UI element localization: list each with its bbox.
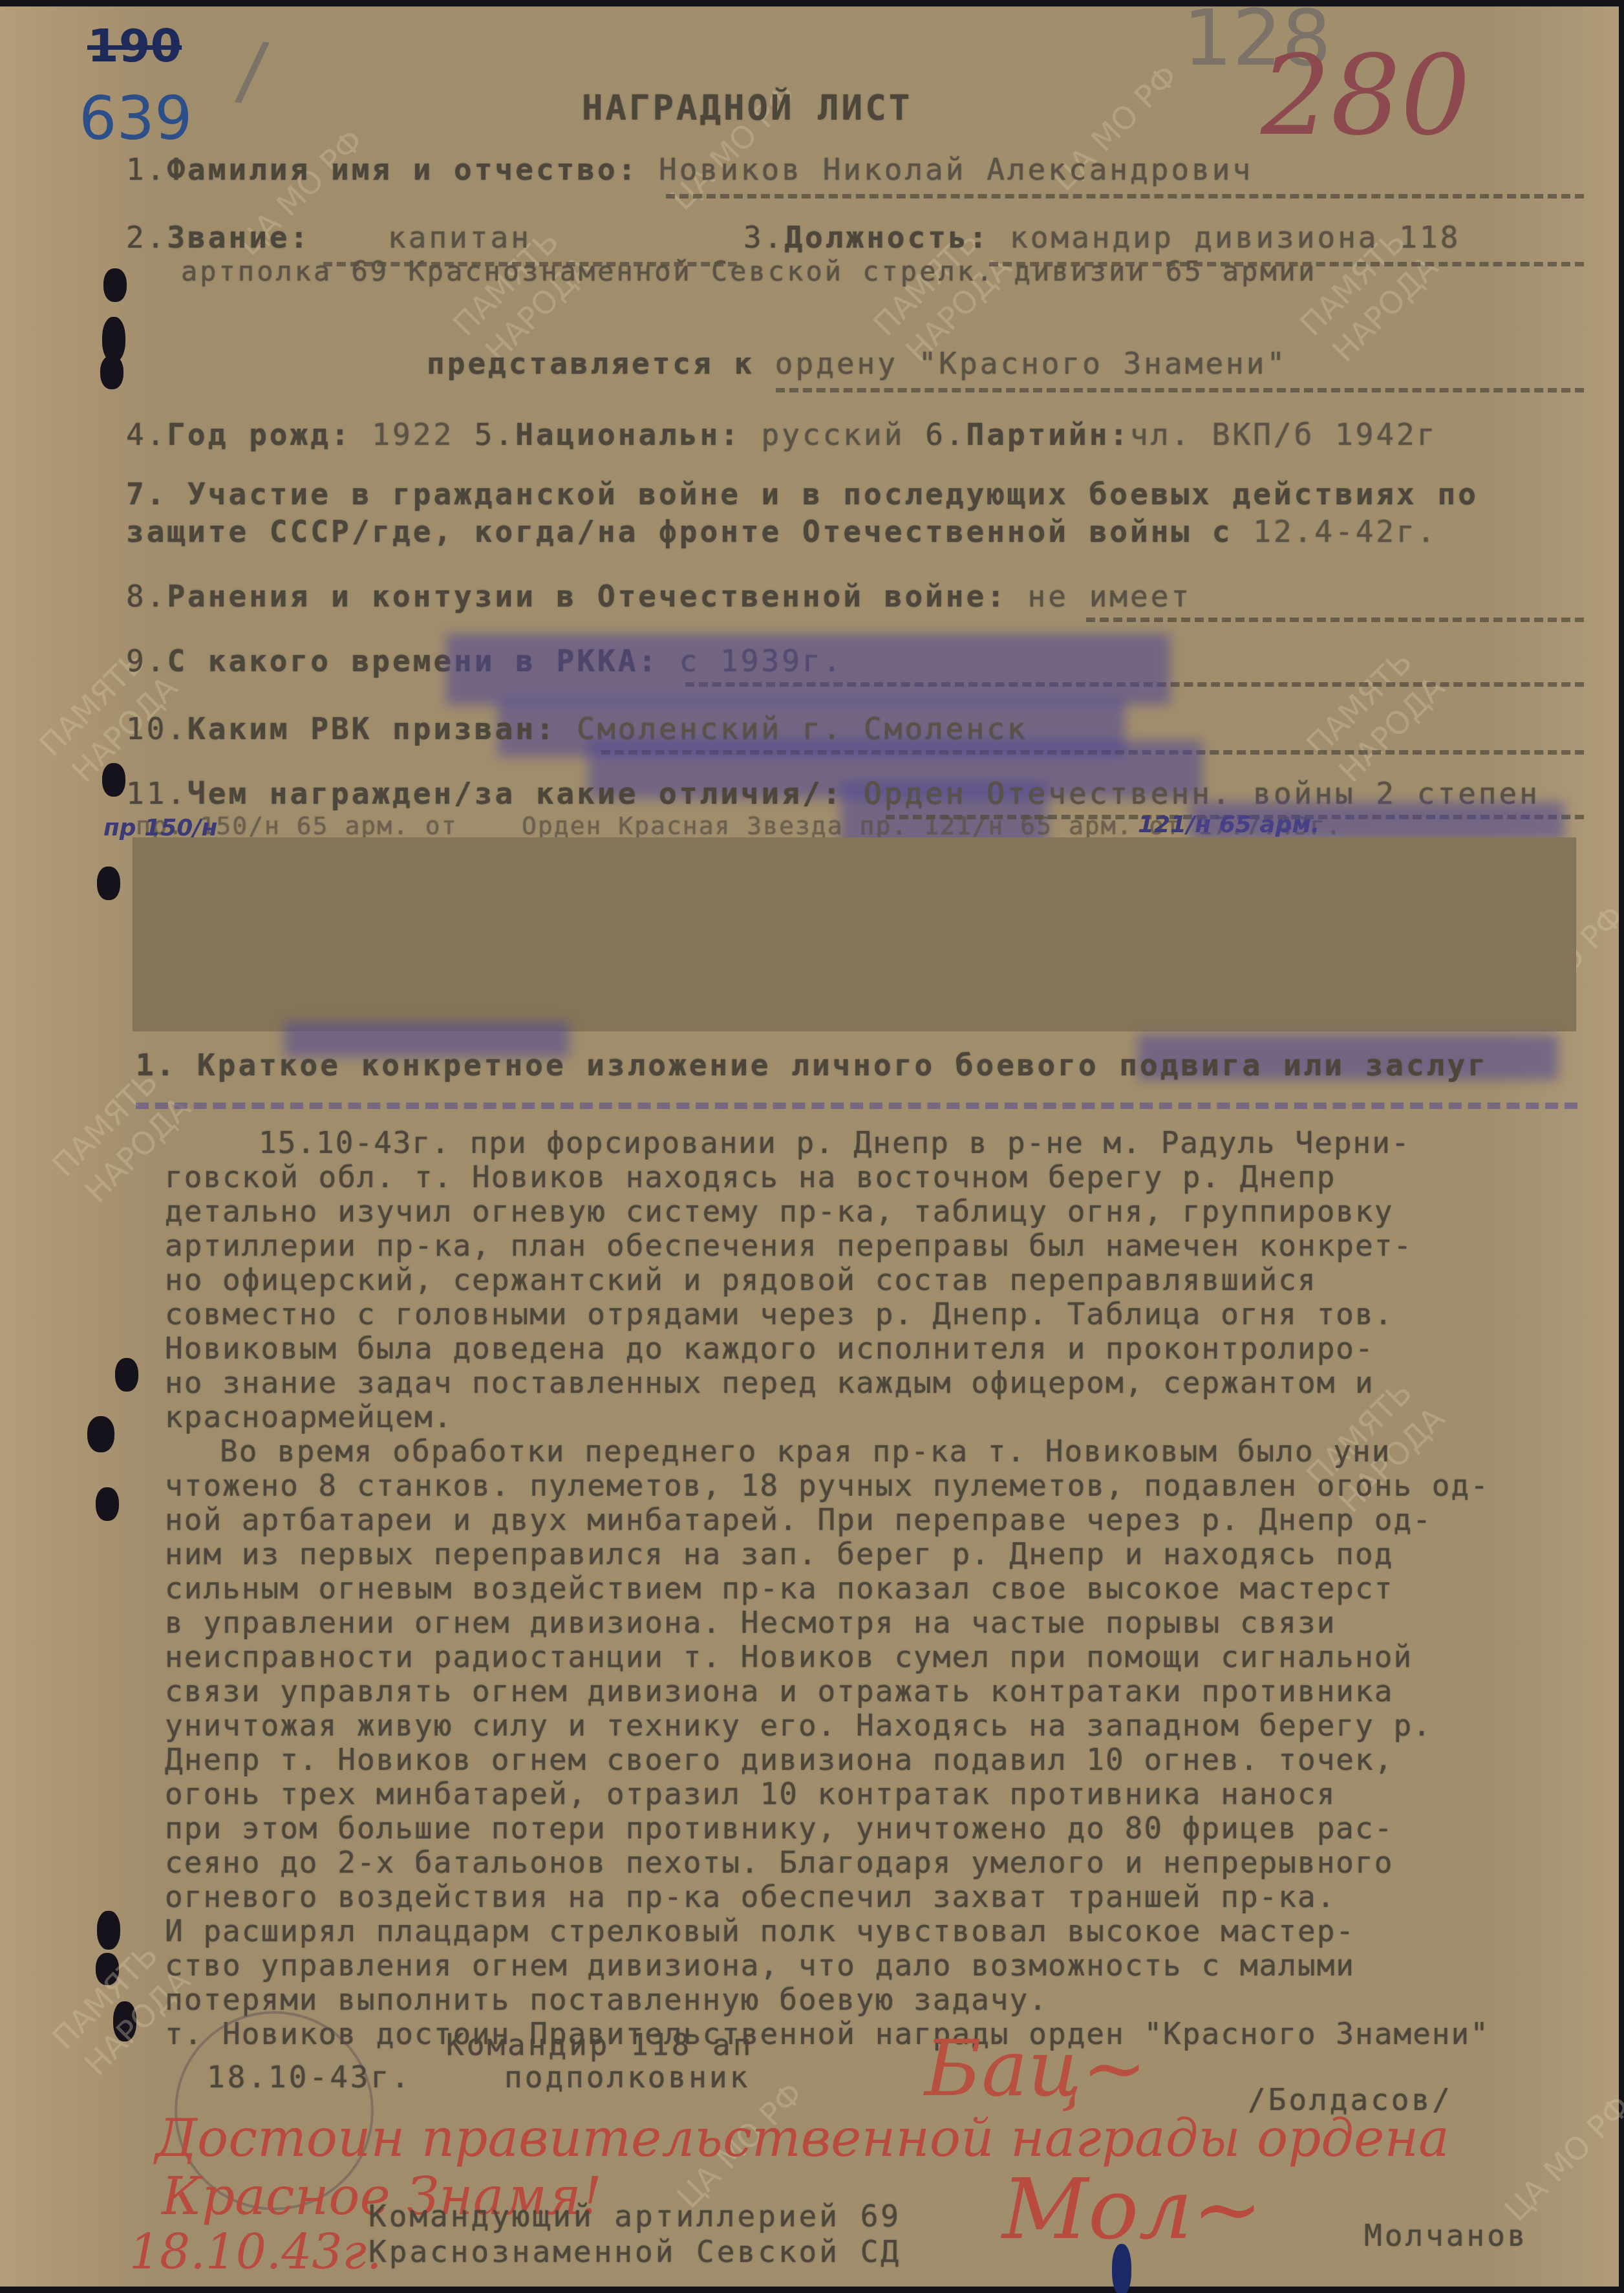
narrative-line: огонь трех минбатарей, отразил 10 контра… xyxy=(165,1776,1336,1811)
section-heading-underline xyxy=(136,1103,1577,1109)
nominated-for-underline xyxy=(776,388,1584,393)
field-7-number: 7. xyxy=(126,477,167,511)
punch-hole xyxy=(103,268,127,302)
archive-number-blue: 639 xyxy=(79,84,193,153)
field-1-value: Новиков Николай Александрович xyxy=(659,152,1253,187)
field-2-number: 2. xyxy=(126,220,167,255)
party-value: чл. ВКП/б 1942г xyxy=(1130,417,1437,452)
nominated-for-value: ордену "Красного Знамени" xyxy=(775,346,1287,381)
narrative-line: но знание задач поставленных перед кажды… xyxy=(165,1365,1374,1400)
field-10-number: 10. xyxy=(126,711,187,746)
field-1-label: Фамилия имя и отчество: xyxy=(167,152,638,187)
field-6-number: 6. xyxy=(925,417,966,452)
narrative-line: сильным огневым воздействием пр-ка показ… xyxy=(165,1571,1393,1606)
punch-hole xyxy=(96,1487,119,1521)
narrative-line: потерями выполнить поставленную боевую з… xyxy=(165,1982,1048,2017)
punch-hole xyxy=(115,1358,138,1392)
section-heading: 1. Краткое конкретное изложение личного … xyxy=(136,1048,1488,1082)
punch-hole xyxy=(97,1911,120,1950)
narrative-line: в управлении огнем дивизиона. Несмотря н… xyxy=(165,1605,1336,1640)
narrative-line: Новиковым была доведена до каждого испол… xyxy=(165,1331,1374,1366)
redacted-section xyxy=(133,837,1576,1031)
field-11-label: Чем награжден/за какие отличия/: xyxy=(187,776,843,811)
narrative-line: детально изучил огневую систему пр-ка, т… xyxy=(165,1194,1393,1229)
narrative-line: ной артбатареи и двух минбатарей. При пе… xyxy=(165,1502,1432,1537)
narrative-line: огневого воздействия на пр-ка обеспечил … xyxy=(165,1879,1336,1914)
narrative-line: ним из первых переправился на зап. берег… xyxy=(165,1536,1393,1571)
field-7-text: 7. Участие в гражданской войне и в после… xyxy=(126,475,1581,550)
field-8-underline xyxy=(1086,618,1584,622)
archive-number-red: 280 xyxy=(1261,32,1470,160)
field-1-row: 1.Фамилия имя и отчество: Новиков Никола… xyxy=(126,152,1253,187)
signature-1-rank: подполковник xyxy=(504,2060,750,2094)
field-1-number: 1. xyxy=(126,152,167,187)
signature-2-role-2: Краснознаменной Севской СД xyxy=(369,2234,901,2269)
field-8-value: не имеет xyxy=(1028,579,1192,614)
narrative-line: совместно с головными отрядами через р. … xyxy=(165,1297,1393,1331)
nominated-for-label: представляется к xyxy=(427,346,754,381)
narrative-line: уничтожая живую силу и технику его. Нахо… xyxy=(165,1708,1432,1743)
birth-year-value: 1922 xyxy=(372,417,454,452)
narrative-line: И расширял плацдарм стрелковый полк чувс… xyxy=(165,1913,1355,1948)
narrative-line: говской обл. т. Новиков находясь на вост… xyxy=(165,1159,1336,1194)
signature-1-handwritten: Бац~ xyxy=(924,2024,1147,2114)
narrative-line: 15.10-43г. при форсировании р. Днепр в р… xyxy=(259,1125,1411,1160)
nationality-value: русский xyxy=(762,417,905,452)
watermark-archive: ЦА МО РФ xyxy=(1498,2089,1624,2228)
field-8-label: Ранения и контузии в Отечественной войне… xyxy=(167,579,1007,614)
field-4-number: 4. xyxy=(126,417,167,452)
narrative-line: т. Новиков достоин Правительственной наг… xyxy=(165,2016,1490,2051)
document-title: НАГРАДНОЙ ЛИСТ xyxy=(582,87,912,128)
field-10-label: Каким РВК призван: xyxy=(187,711,557,746)
birth-nationality-party-row: 4.Год рожд: 1922 5.Национальн: русский 6… xyxy=(126,417,1438,452)
ink-smear xyxy=(446,634,1170,705)
field-1-underline xyxy=(666,194,1584,199)
field-3-value-continued: артполка 69 Краснознаменной Севской стре… xyxy=(181,255,1317,287)
signature-2-handwritten: Мол~ xyxy=(1002,2160,1263,2258)
ink-smear xyxy=(1190,802,1565,841)
field-11-number: 11. xyxy=(126,776,187,811)
narrative-line: Днепр т. Новиков огнем своего дивизиона … xyxy=(165,1742,1393,1777)
narrative-line: артиллерии пр-ка, план обеспечения переп… xyxy=(165,1228,1413,1263)
field-2-value: капитан xyxy=(388,220,531,255)
signature-1-role: Командир 118 ап xyxy=(446,2027,753,2062)
award-sheet-scan: ЦА МО РФ ЦА МО РФ ЦА МО РФ ЦА МО РФ ЦА М… xyxy=(0,0,1624,2293)
narrative-line: связи управлять огнем дивизиона и отража… xyxy=(165,1674,1393,1708)
narrative-line: но офицерский, сержантский и рядовой сос… xyxy=(165,1262,1317,1297)
narrative-line: ство управления огнем дивизиона, что дал… xyxy=(165,1948,1355,1983)
resolution-date: 18.10.43г. xyxy=(129,2224,381,2280)
signature-2-name: Молчанов xyxy=(1364,2218,1528,2253)
punch-hole xyxy=(97,867,120,900)
punch-hole xyxy=(100,356,123,389)
field-5-label: Национальн: xyxy=(515,417,741,452)
field-3-row: 3.Должность: командир дивизиона 118 xyxy=(743,220,1460,255)
punch-hole xyxy=(87,1416,114,1452)
crossed-out-number: 190 xyxy=(87,19,182,72)
field-6-label: Партийн: xyxy=(967,417,1131,452)
field-4-label: Год рожд: xyxy=(167,417,351,452)
field-2-label: Звание: xyxy=(167,220,310,255)
field-9-number: 9. xyxy=(126,643,167,678)
field-3-number: 3. xyxy=(743,220,784,255)
signature-2-role-1: Командующий артиллерией 69 xyxy=(369,2199,901,2234)
field-5-number: 5. xyxy=(475,417,515,452)
field-2-row: 2.Звание: xyxy=(126,220,310,255)
nominated-for-row: представляется к ордену "Красного Знамен… xyxy=(427,346,1287,381)
field-7-value: 12.4-42г. xyxy=(1253,514,1437,549)
field-3-value: командир дивизиона 118 xyxy=(1010,220,1460,255)
field-3-label: Должность: xyxy=(784,220,989,255)
narrative-line: при этом большие потери противнику, унич… xyxy=(165,1811,1393,1846)
narrative-line: сеяно до 2-х батальонов пехоты. Благодар… xyxy=(165,1845,1393,1880)
field-8-number: 8. xyxy=(126,579,167,614)
narrative-line: красноармейцем. xyxy=(165,1399,453,1434)
narrative-line: Во время обработки переднего края пр-ка … xyxy=(220,1434,1391,1469)
narrative-line: неисправности радиостанции т. Новиков су… xyxy=(165,1639,1413,1674)
signature-1-date: 18.10-43г. xyxy=(207,2060,412,2094)
narrative-line: чтожено 8 станков. пулеметов, 18 ручных … xyxy=(165,1468,1490,1503)
field-8-row: 8.Ранения и контузии в Отечественной вой… xyxy=(126,579,1191,614)
pencil-mark: / xyxy=(233,25,272,117)
